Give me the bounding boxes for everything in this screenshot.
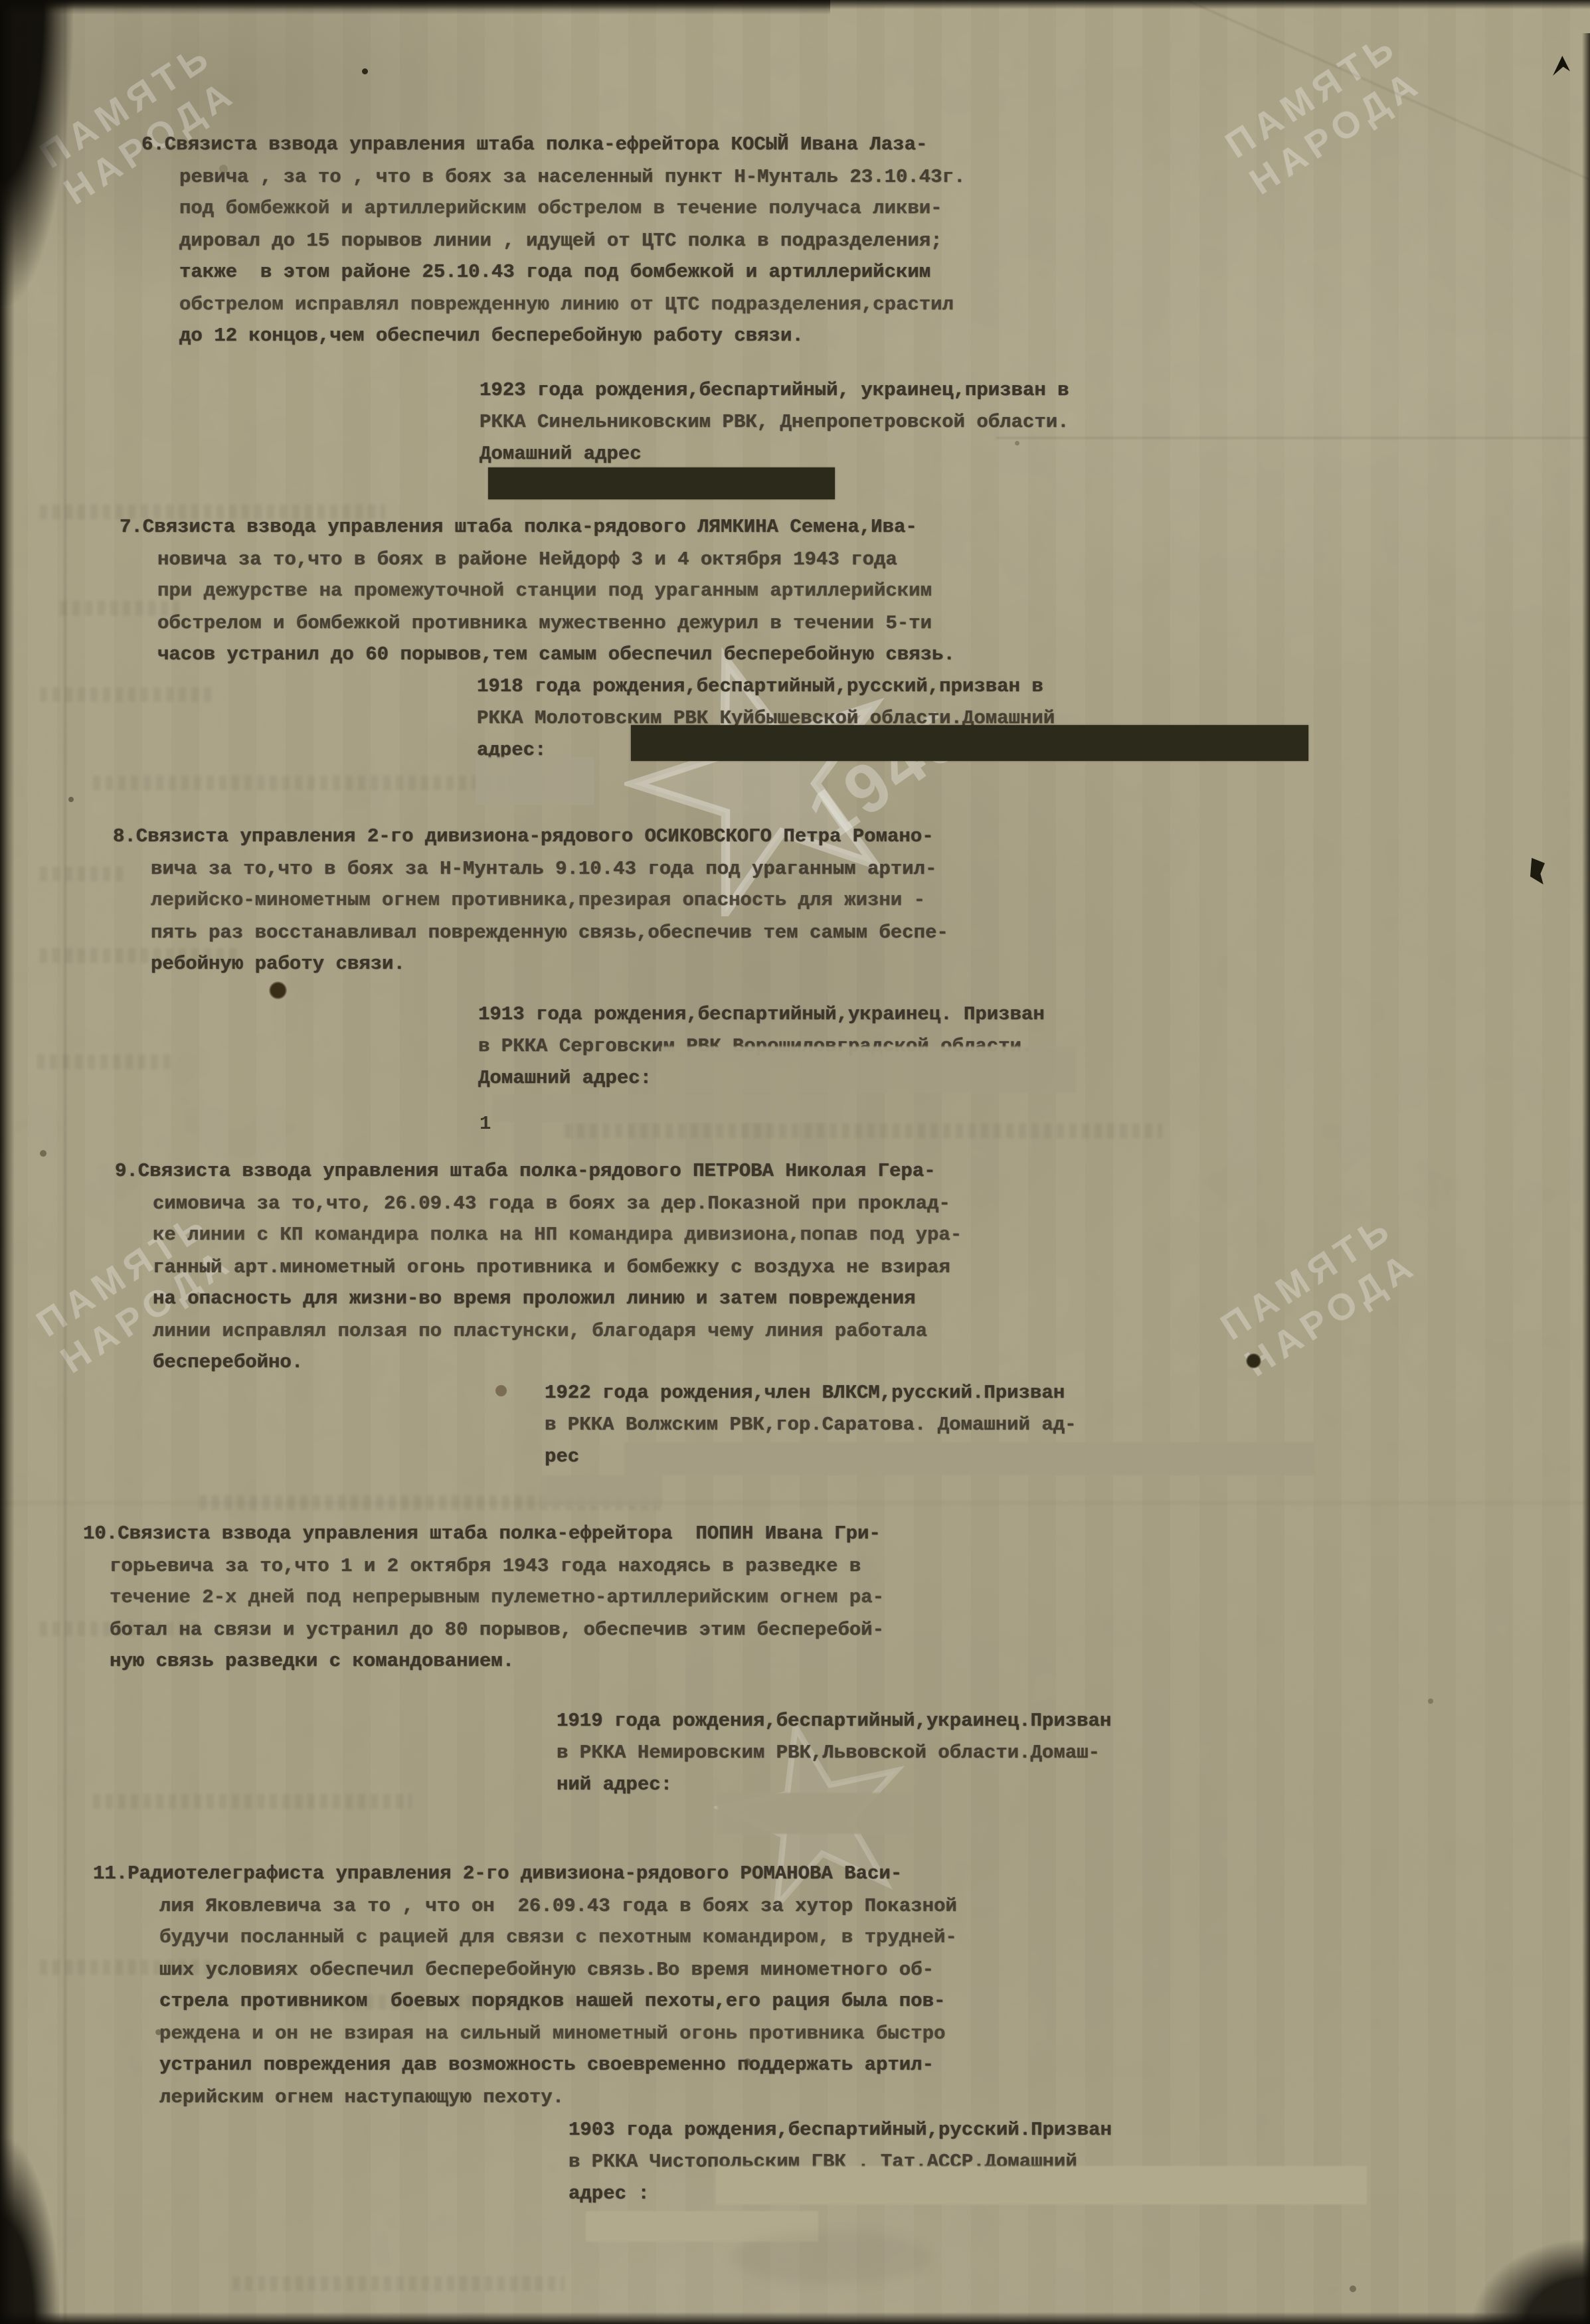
typed-line: до 12 концов,чем обеспечил бесперебойную… (179, 321, 965, 353)
service-record-10: 1919 года рождения,беспартийный,украинец… (557, 1706, 1111, 1802)
typed-line: лия Яковлевича за то , что он 26.09.43 г… (159, 1892, 957, 1924)
ghost-text-smudge (93, 1794, 412, 1809)
ink-speck (362, 68, 368, 74)
ghost-text-smudge (232, 2276, 565, 2291)
typed-line: РККА Синельниковским РВК, Днепропетровск… (480, 408, 1069, 440)
typed-line: 1913 года рождения,беспартийный,украинец… (478, 1000, 1045, 1032)
redaction-bar (488, 467, 835, 499)
citation-text-7: 7.Связиста взвода управления штаба полка… (120, 513, 955, 672)
typed-line: 1918 года рождения,беспартийный,русский,… (477, 672, 1055, 704)
typed-line: ревича , за то , что в боях за населенны… (179, 163, 965, 195)
paper-crease (64, 0, 66, 2324)
stain-spot (1428, 1699, 1433, 1704)
typed-line: ребойную работу связи. (151, 950, 948, 981)
typed-line: вича за то,что в боях за Н-Мунталь 9.10.… (151, 855, 948, 886)
typed-line: 1919 года рождения,беспартийный,украинец… (557, 1706, 1111, 1738)
redaction-smudge (624, 1442, 1315, 1475)
typed-line: также в этом районе 25.10.43 года под бо… (179, 258, 965, 290)
typed-line: лерийско-минометным огнем противника,пре… (151, 886, 948, 918)
scan-corner-shadow (0, 0, 73, 305)
typed-line: в РККА Немировским РВК,Львовской области… (557, 1738, 1111, 1770)
scan-edge-shadow (0, 0, 15, 2324)
citation-text-9: 9.Связиста взвода управления штаба полка… (115, 1157, 962, 1380)
typed-line: ших условиях обеспечил бесперебойную свя… (159, 1955, 957, 1987)
typed-line: при дежурстве на промежуточной станции п… (157, 576, 955, 608)
scan-edge-shadow (0, 0, 830, 15)
typed-line: 11.Радиотелеграфиста управления 2-го див… (93, 1859, 957, 1891)
typed-line: под бомбежкой и артиллерийским обстрелом… (179, 194, 965, 226)
typed-line: течение 2-х дней под непрерывным пулемет… (110, 1583, 884, 1615)
typed-line: будучи посланный с рацией для связи с пе… (159, 1923, 957, 1955)
typed-line: Домашний адрес (480, 440, 1069, 471)
stain-spot (40, 1150, 46, 1157)
citation-text-6: 6.Связиста взвода управления штаба полка… (141, 130, 965, 353)
typed-line: горьевича за то,что 1 и 2 октября 1943 г… (110, 1552, 884, 1584)
typed-line: 8.Связиста управления 2-го дивизиона-ряд… (113, 822, 948, 854)
paper-crease (996, 437, 1590, 439)
typed-line: 6.Связиста взвода управления штаба полка… (141, 130, 965, 162)
service-record-6: 1923 года рождения,беспартийный, украине… (480, 376, 1069, 471)
stain-spot (269, 981, 287, 999)
scan-edge-shadow (1582, 33, 1590, 2324)
typed-line: пять раз восстанавливал поврежденную свя… (151, 918, 948, 950)
redaction-bar (631, 725, 1308, 761)
typed-line: обстрелом исправлял поврежденную линию о… (179, 290, 965, 322)
typed-line: обстрелом и бомбежкой противника мужеств… (157, 609, 955, 641)
ghost-text-smudge (565, 1123, 1162, 1138)
redaction-smudge (476, 757, 594, 805)
typed-line: в РККА Волжским РВК,гор.Саратова. Домашн… (545, 1410, 1077, 1442)
redaction-smudge (717, 1793, 913, 1834)
stain-spot (219, 165, 228, 173)
stain-spot (744, 2058, 751, 2066)
typed-line: стрела противником боевых порядков нашей… (159, 1987, 957, 2019)
redaction-smudge (493, 1094, 843, 1122)
citation-text-11: 11.Радиотелеграфиста управления 2-го див… (93, 1859, 957, 2114)
scan-corner-shadow (1470, 2238, 1590, 2324)
typed-line: 1922 года рождения,член ВЛКСМ,русский.Пр… (545, 1378, 1077, 1410)
stain-spot (1015, 441, 1019, 446)
document-scan-page: ПАМЯТЬ НАРОДА ПАМЯТЬ НАРОДА ПАМЯТЬ НАРОД… (0, 0, 1590, 2324)
stray-typed-mark: 1 (480, 1113, 491, 1135)
ghost-text-smudge (37, 1054, 170, 1069)
typed-line: ганный арт.минометный огонь противника и… (153, 1253, 962, 1285)
typed-line: новича за то,что в боях в районе Нейдорф… (157, 545, 955, 577)
paper-crease (0, 1502, 1590, 1504)
typed-line: ботал на связи и устранил до 80 порывов,… (110, 1616, 884, 1647)
typed-line: устранил повреждения дав возможность сво… (159, 2050, 957, 2082)
redaction-smudge (716, 2166, 1367, 2204)
typed-line: 10.Связиста взвода управления штаба полк… (83, 1519, 884, 1551)
typed-line: реждена и он не взирая на сильный миноме… (159, 2019, 957, 2051)
typed-line: линии исправлял ползая по пластунски, бл… (153, 1317, 962, 1349)
scan-edge-shadow (0, 2312, 1590, 2324)
typed-line: на опасность для жизни-во время проложил… (153, 1284, 962, 1316)
typed-line: дировал до 15 порывов линии , идущей от … (179, 226, 965, 258)
scan-corner-shadow (0, 2138, 60, 2324)
stain-spot (1246, 1353, 1261, 1369)
typed-line: 1923 года рождения,беспартийный, украине… (480, 376, 1069, 408)
typed-line: 1903 года рождения,беспартийный,русский.… (569, 2116, 1112, 2147)
typed-line: ную связь разведки с командованием. (110, 1647, 884, 1679)
citation-text-10: 10.Связиста взвода управления штаба полк… (83, 1519, 884, 1679)
stain-spot (155, 2029, 161, 2035)
typed-line: 9.Связиста взвода управления штаба полка… (115, 1157, 962, 1189)
stain-spot (495, 1385, 507, 1396)
typed-line: лерийским огнем наступающую пехоту. (159, 2083, 957, 2115)
stain-smudge (731, 2231, 930, 2284)
redaction-smudge (661, 1046, 1076, 1093)
typed-line: симовича за то,что, 26.09.43 года в боях… (153, 1189, 962, 1221)
typed-line: 7.Связиста взвода управления штаба полка… (120, 513, 955, 544)
citation-text-8: 8.Связиста управления 2-го дивизиона-ряд… (113, 822, 948, 981)
typed-line: бесперебойно. (153, 1348, 962, 1380)
typed-line: часов устранил до 60 порывов,тем самым о… (157, 640, 955, 672)
stain-spot (68, 797, 74, 802)
stain-spot (1350, 2285, 1356, 2292)
typed-line: ке линии с КП командира полка на НП кома… (153, 1220, 962, 1252)
